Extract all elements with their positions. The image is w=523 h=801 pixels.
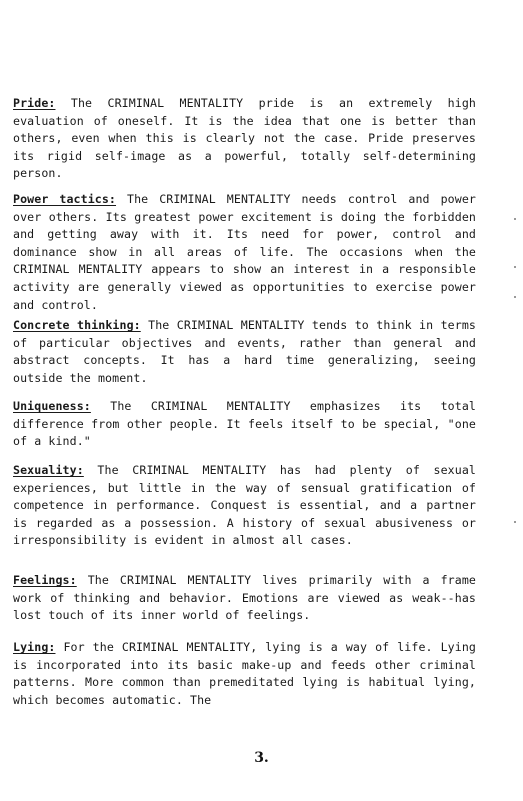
section-sexuality: Sexuality: The CRIMINAL MENTALITY has ha… <box>13 462 476 550</box>
section-term: Lying: <box>13 640 55 654</box>
section-text: The CRIMINAL MENTALITY pride is an extre… <box>13 96 476 180</box>
page-number: 3. <box>0 750 523 766</box>
scan-speck <box>514 266 516 268</box>
section-pride: Pride: The CRIMINAL MENTALITY pride is a… <box>13 95 476 183</box>
section-term: Pride: <box>13 96 55 110</box>
section-term: Concrete thinking: <box>13 318 141 332</box>
scan-speck <box>514 296 516 298</box>
section-uniqueness: Uniqueness: The CRIMINAL MENTALITY empha… <box>13 398 476 451</box>
section-term: Power tactics: <box>13 192 116 206</box>
section-term: Sexuality: <box>13 463 84 477</box>
section-text: The CRIMINAL MENTALITY lives primarily w… <box>13 573 476 622</box>
section-text: The CRIMINAL MENTALITY needs control and… <box>13 192 476 312</box>
document-page: Pride: The CRIMINAL MENTALITY pride is a… <box>0 0 523 801</box>
section-lying: Lying: For the CRIMINAL MENTALITY, lying… <box>13 639 476 709</box>
section-concrete-thinking: Concrete thinking: The CRIMINAL MENTALIT… <box>13 317 476 387</box>
scan-speck <box>514 218 516 220</box>
section-text: For the CRIMINAL MENTALITY, lying is a w… <box>13 640 476 707</box>
section-term: Uniqueness: <box>13 399 91 413</box>
section-power-tactics: Power tactics: The CRIMINAL MENTALITY ne… <box>13 191 476 314</box>
section-term: Feelings: <box>13 573 77 587</box>
scan-speck <box>514 521 516 523</box>
section-feelings: Feelings: The CRIMINAL MENTALITY lives p… <box>13 572 476 625</box>
